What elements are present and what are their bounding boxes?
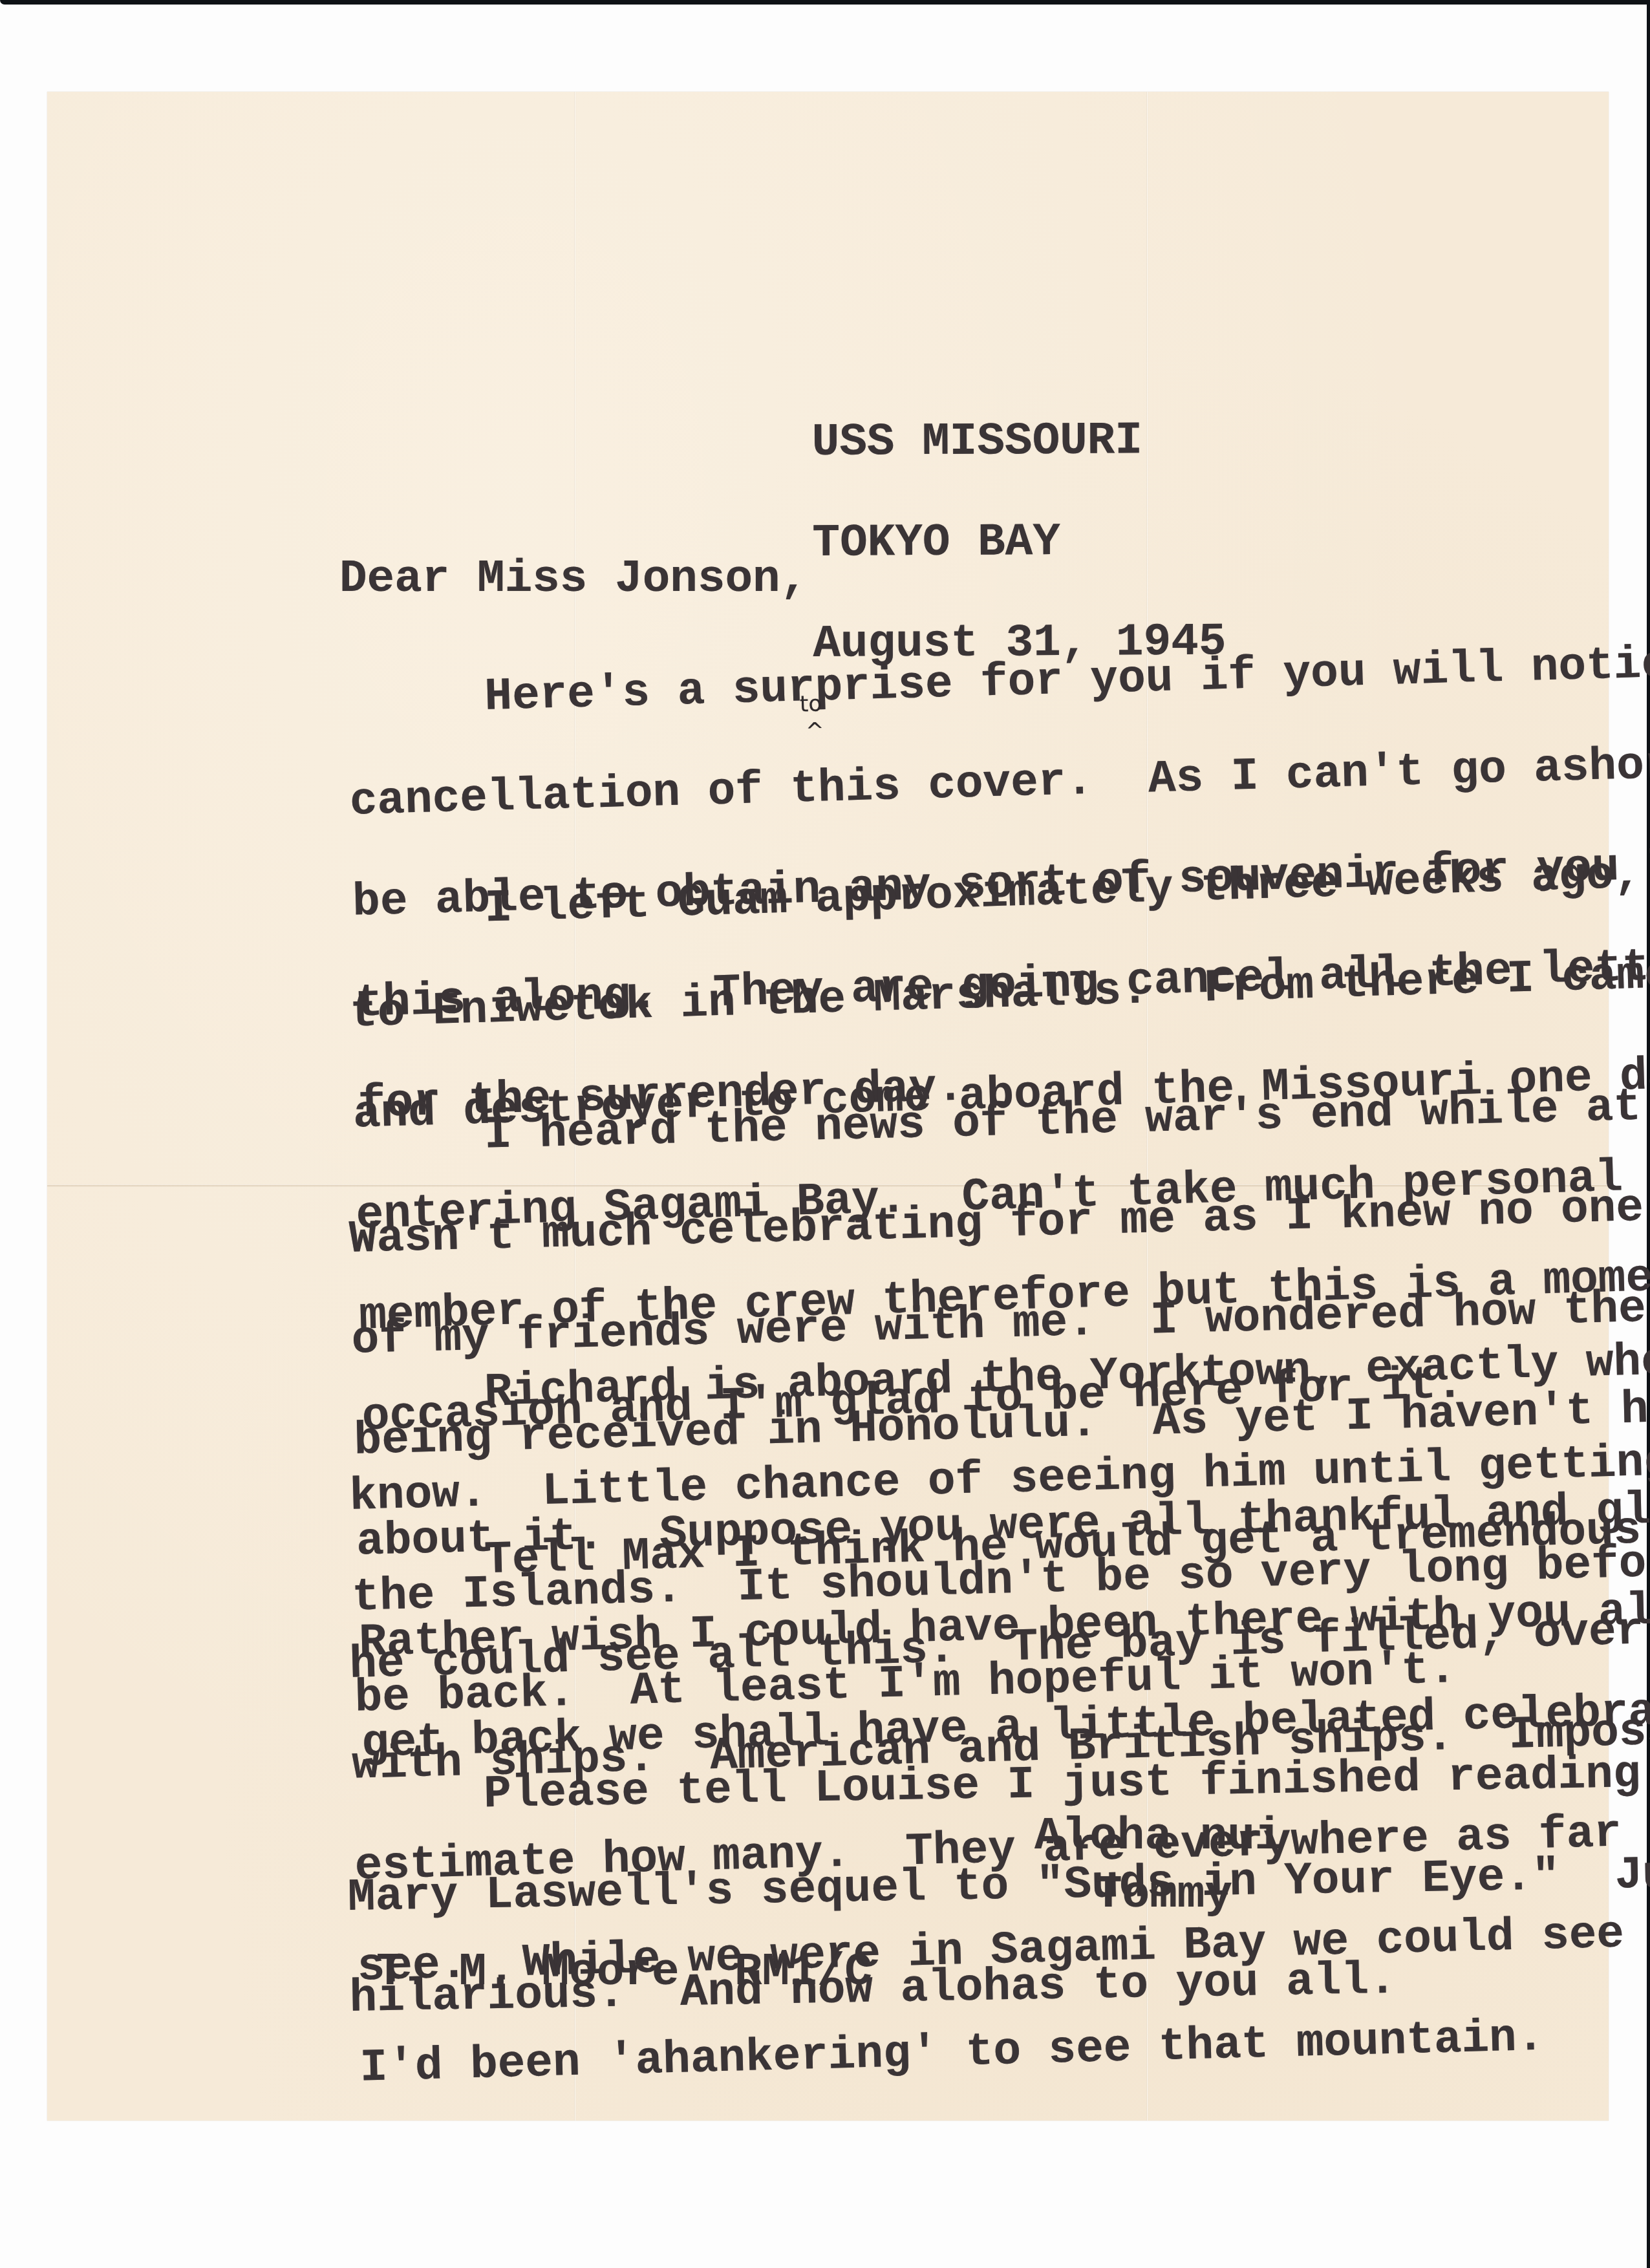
- signature: Tommy: [1095, 1878, 1232, 1912]
- signoff-name-rank: T. M. Moore, RM1/C: [376, 1956, 872, 1989]
- closing: Aloha nui: [1034, 1820, 1282, 1854]
- heading-ship: USS MISSOURI: [812, 424, 1225, 460]
- paragraph-line: Please tell Louise I just finished readi…: [346, 1751, 1650, 1814]
- paragraph-line: he could see all this. The bay is filled…: [349, 1608, 1650, 1682]
- paragraph-line: Here's a surprise for you if you will no…: [347, 637, 1650, 718]
- paragraph-line: I left Guam approximately three weeks ag…: [347, 848, 1650, 930]
- paragraph-line: Wasn't much celebrating for me as I knew…: [348, 1182, 1650, 1256]
- insertion-caret-icon: ^: [805, 714, 824, 748]
- paragraph-line: Tell Max I think he would get a tremendo…: [347, 1508, 1650, 1581]
- scanner-top-edge: [0, 0, 1650, 5]
- paragraph-line: to Eniwetok in the Marshalls. From there…: [350, 949, 1650, 1031]
- heading-location: TOKYO BAY: [812, 525, 1225, 561]
- paragraph-line: Mary Laswell's sequel to "Suds in Your E…: [348, 1852, 1650, 1915]
- salutation: Dear Miss Jonson,: [339, 562, 808, 596]
- paragraph-line: I heard the news of the war's end while …: [347, 1082, 1650, 1156]
- paragraph-line: Richard is aboard the Yorktown, exactly …: [347, 1336, 1650, 1413]
